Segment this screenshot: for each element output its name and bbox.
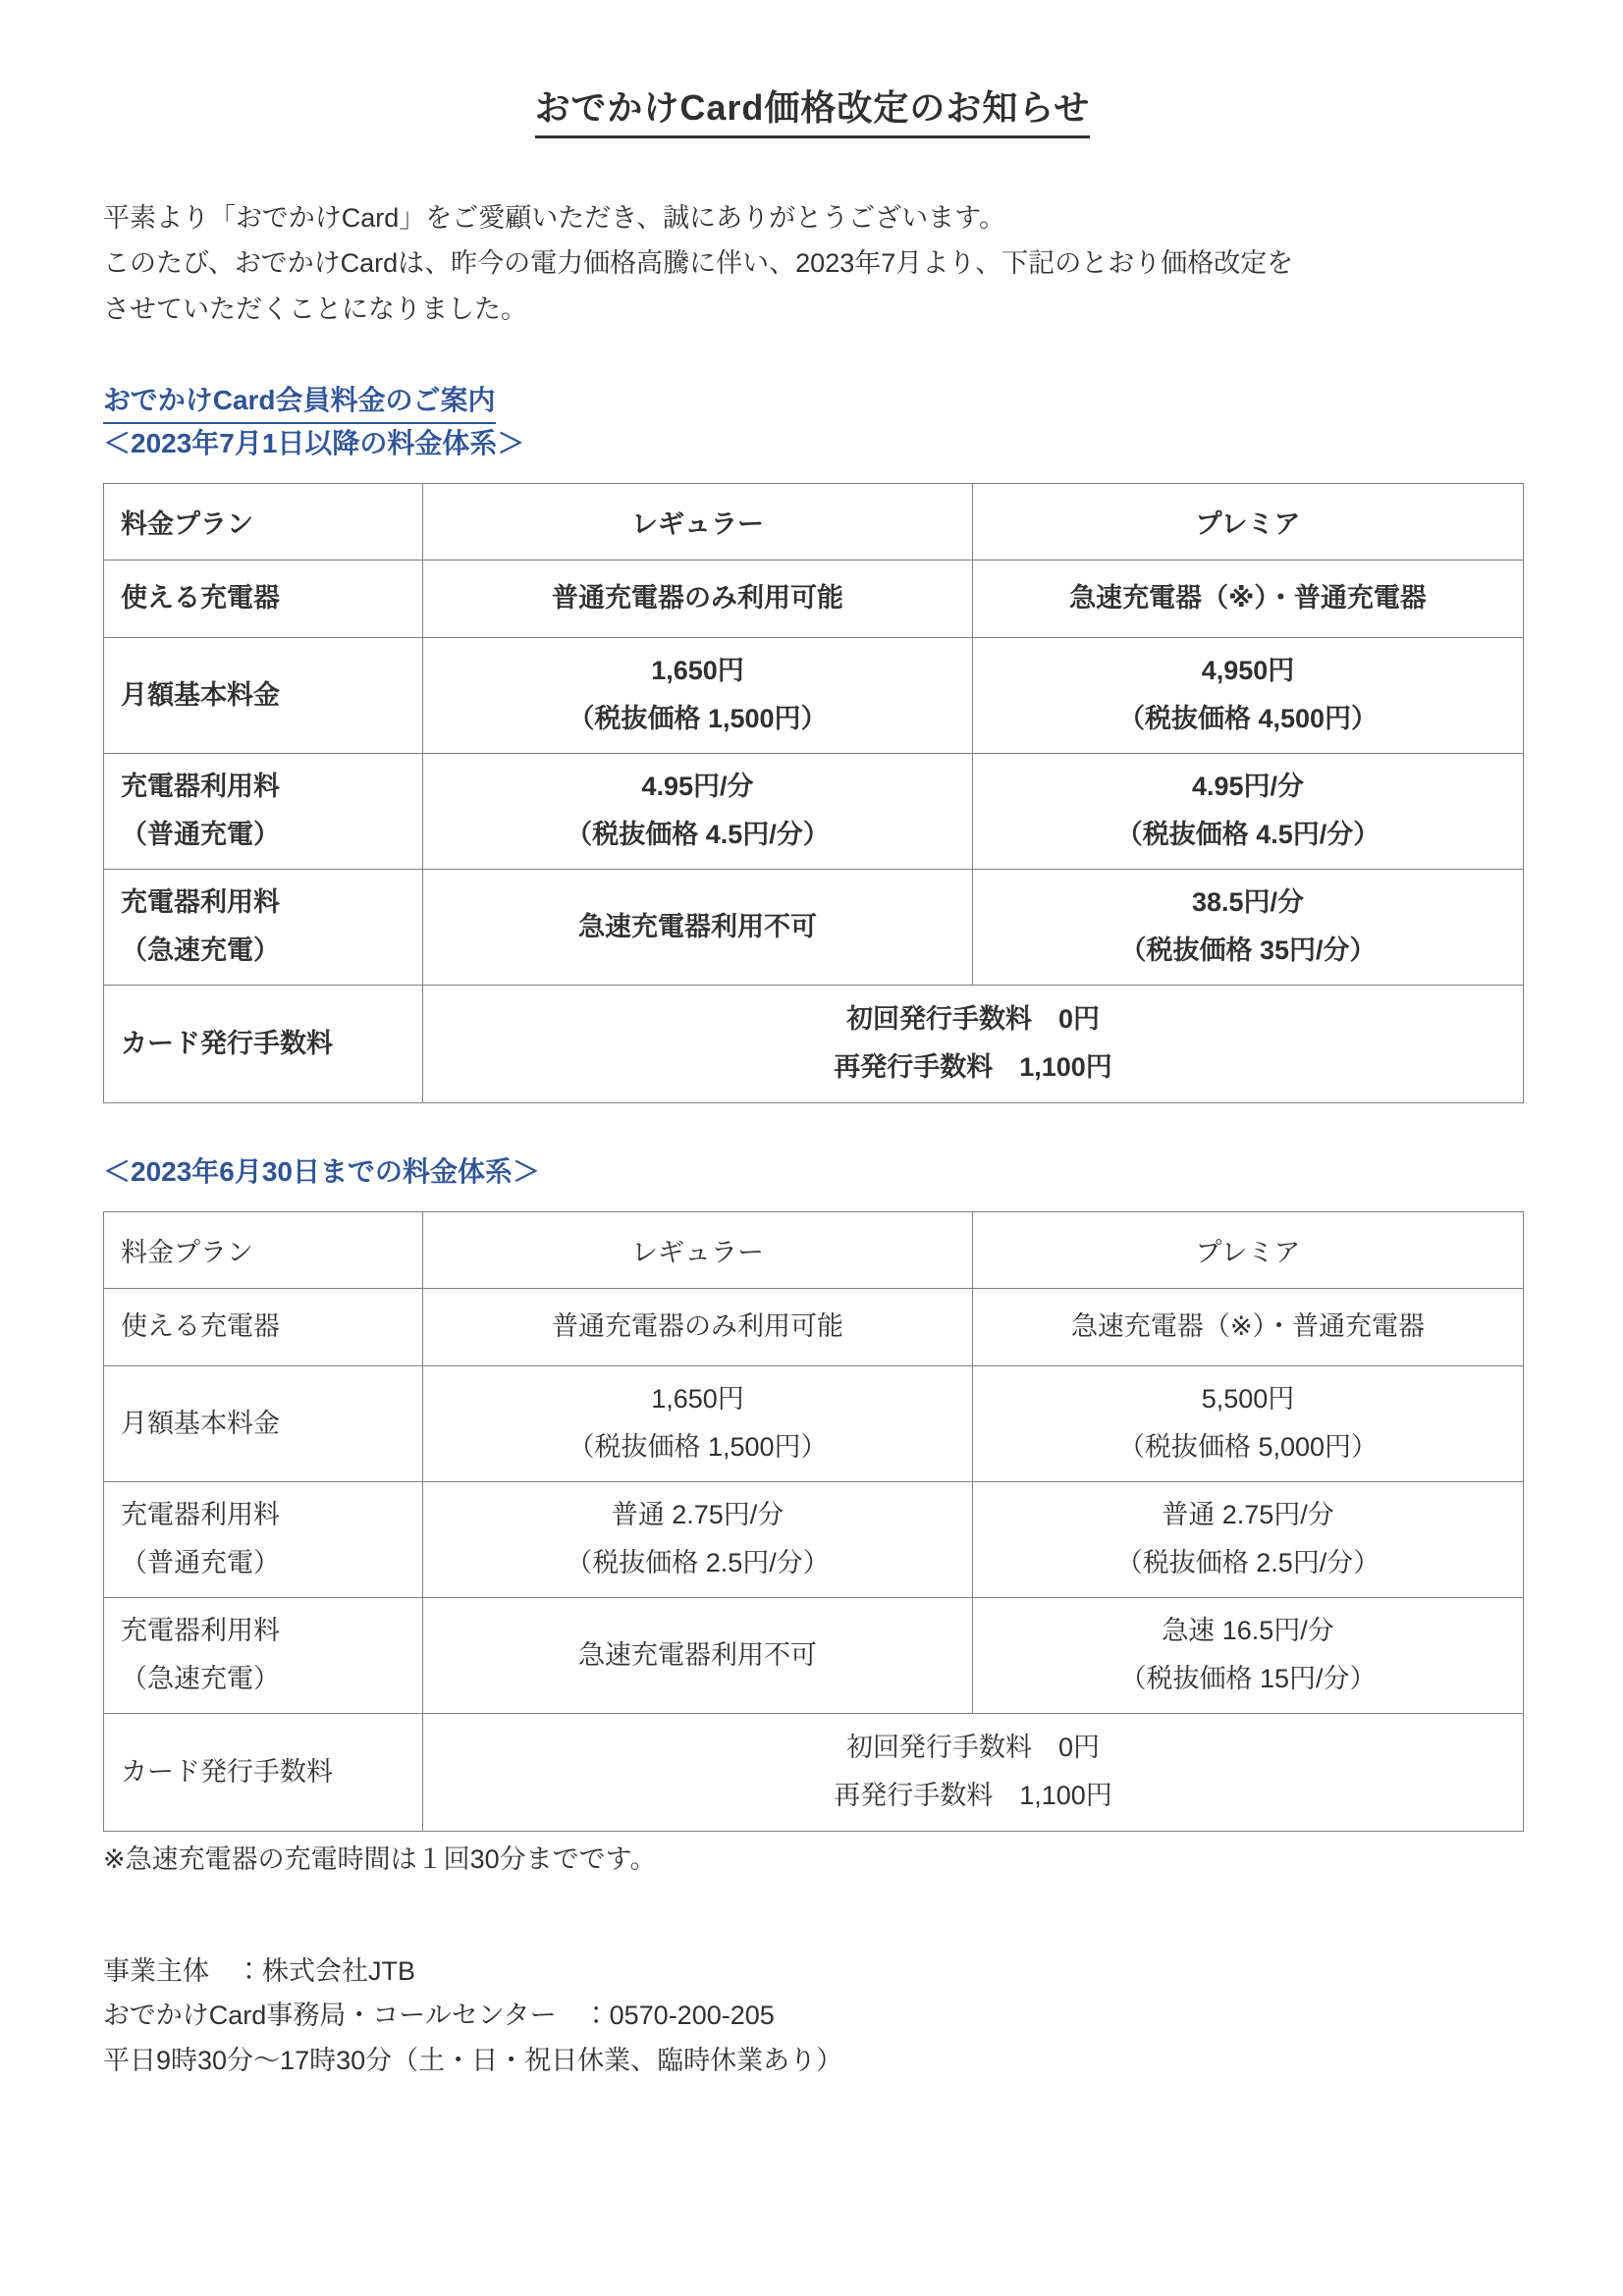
table-old-heading: ＜2023年6月30日までの料金体系＞ [103,1152,1522,1192]
intro-line-1: 平素より「おでかけCard」をご愛顧いただき、誠にありがとうございます。 [103,195,1522,240]
table-row-fast-charge-fee: 充電器利用料 （急速充電） 急速充電器利用不可 38.5円/分 （税抜価格 35… [104,869,1524,985]
column-header-premium: プレミア [973,1211,1524,1288]
table-row-monthly-fee: 月額基本料金 1,650円 （税抜価格 1,500円） 4,950円 （税抜価格… [104,637,1524,753]
regular-cell: 普通充電器のみ利用可能 [423,560,973,637]
page-title-text: おでかけCard価格改定のお知らせ [535,80,1091,138]
regular-cell: 1,650円 （税抜価格 1,500円） [423,1365,973,1481]
contact-info: 事業主体 ：株式会社JTB おでかけCard事務局・コールセンター ：0570-… [103,1949,1522,2083]
premium-cell: 5,500円 （税抜価格 5,000円） [973,1365,1524,1481]
page-title: おでかけCard価格改定のお知らせ [103,80,1522,138]
row-label: 使える充電器 [104,560,423,637]
table-row-card-issue-fee: カード発行手数料 初回発行手数料 0円 再発行手数料 1,100円 [104,1713,1524,1831]
regular-cell: 普通 2.75円/分 （税抜価格 2.5円/分） [423,1481,973,1597]
intro-line-3: させていただくことになりました。 [103,287,1522,332]
regular-cell: 1,650円 （税抜価格 1,500円） [423,637,973,753]
price-table-old: 料金プラン レギュラー プレミア 使える充電器 普通充電器のみ利用可能 急速充電… [103,1211,1524,1832]
table-header-row: 料金プラン レギュラー プレミア [104,483,1524,560]
premium-cell: 4.95円/分 （税抜価格 4.5円/分） [973,753,1524,869]
notice-document-page: おでかけCard価格改定のお知らせ 平素より「おでかけCard」をご愛顧いただき… [0,0,1623,2296]
row-label: カード発行手数料 [104,1713,423,1831]
regular-cell: 4.95円/分 （税抜価格 4.5円/分） [423,753,973,869]
table-row-chargers: 使える充電器 普通充電器のみ利用可能 急速充電器（※）・普通充電器 [104,560,1524,637]
fast-charger-footnote: ※急速充電器の充電時間は１回30分までです。 [103,1840,1522,1880]
business-entity-line: 事業主体 ：株式会社JTB [103,1949,1522,1994]
row-label: 充電器利用料 （急速充電） [104,869,423,985]
column-header-premium: プレミア [973,483,1524,560]
table-header-row: 料金プラン レギュラー プレミア [104,1211,1524,1288]
row-label: 月額基本料金 [104,1365,423,1481]
table-row-monthly-fee: 月額基本料金 1,650円 （税抜価格 1,500円） 5,500円 （税抜価格… [104,1365,1524,1481]
row-label: 使える充電器 [104,1288,423,1365]
table-row-fast-charge-fee: 充電器利用料 （急速充電） 急速充電器利用不可 急速 16.5円/分 （税抜価格… [104,1597,1524,1713]
table-row-normal-charge-fee: 充電器利用料 （普通充電） 普通 2.75円/分 （税抜価格 2.5円/分） 普… [104,1481,1524,1597]
call-center-line: おでかけCard事務局・コールセンター ：0570-200-205 [103,1994,1522,2038]
premium-cell: 急速充電器（※）・普通充電器 [973,1288,1524,1365]
premium-cell: 急速 16.5円/分 （税抜価格 15円/分） [973,1597,1524,1713]
business-hours-line: 平日9時30分〜17時30分（土・日・祝日休業、臨時休業あり） [103,2039,1522,2083]
row-label: 充電器利用料 （普通充電） [104,753,423,869]
table-new-heading: ＜2023年7月1日以降の料金体系＞ [103,424,1522,463]
column-header-plan: 料金プラン [104,1211,423,1288]
row-label: 充電器利用料 （急速充電） [104,1597,423,1713]
regular-cell: 普通充電器のみ利用可能 [423,1288,973,1365]
section-heading-text: おでかけCard会員料金のご案内 [103,381,496,424]
column-header-plan: 料金プラン [104,483,423,560]
intro-line-2: このたび、おでかけCardは、昨今の電力価格高騰に伴い、2023年7月より、下記… [103,240,1522,286]
table-row-card-issue-fee: カード発行手数料 初回発行手数料 0円 再発行手数料 1,100円 [104,985,1524,1102]
merged-fee-cell: 初回発行手数料 0円 再発行手数料 1,100円 [423,985,1524,1102]
premium-cell: 普通 2.75円/分 （税抜価格 2.5円/分） [973,1481,1524,1597]
row-label: 月額基本料金 [104,637,423,753]
premium-cell: 4,950円 （税抜価格 4,500円） [973,637,1524,753]
premium-cell: 38.5円/分 （税抜価格 35円/分） [973,869,1524,985]
premium-cell: 急速充電器（※）・普通充電器 [973,560,1524,637]
price-table-new: 料金プラン レギュラー プレミア 使える充電器 普通充電器のみ利用可能 急速充電… [103,483,1524,1103]
column-header-regular: レギュラー [423,1211,973,1288]
row-label: カード発行手数料 [104,985,423,1102]
regular-cell: 急速充電器利用不可 [423,1597,973,1713]
column-header-regular: レギュラー [423,483,973,560]
row-label: 充電器利用料 （普通充電） [104,1481,423,1597]
table-row-normal-charge-fee: 充電器利用料 （普通充電） 4.95円/分 （税抜価格 4.5円/分） 4.95… [104,753,1524,869]
table-row-chargers: 使える充電器 普通充電器のみ利用可能 急速充電器（※）・普通充電器 [104,1288,1524,1365]
regular-cell: 急速充電器利用不可 [423,869,973,985]
merged-fee-cell: 初回発行手数料 0円 再発行手数料 1,100円 [423,1713,1524,1831]
intro-paragraph: 平素より「おでかけCard」をご愛顧いただき、誠にありがとうございます。 このた… [103,195,1522,332]
section-heading: おでかけCard会員料金のご案内 [103,381,1522,424]
